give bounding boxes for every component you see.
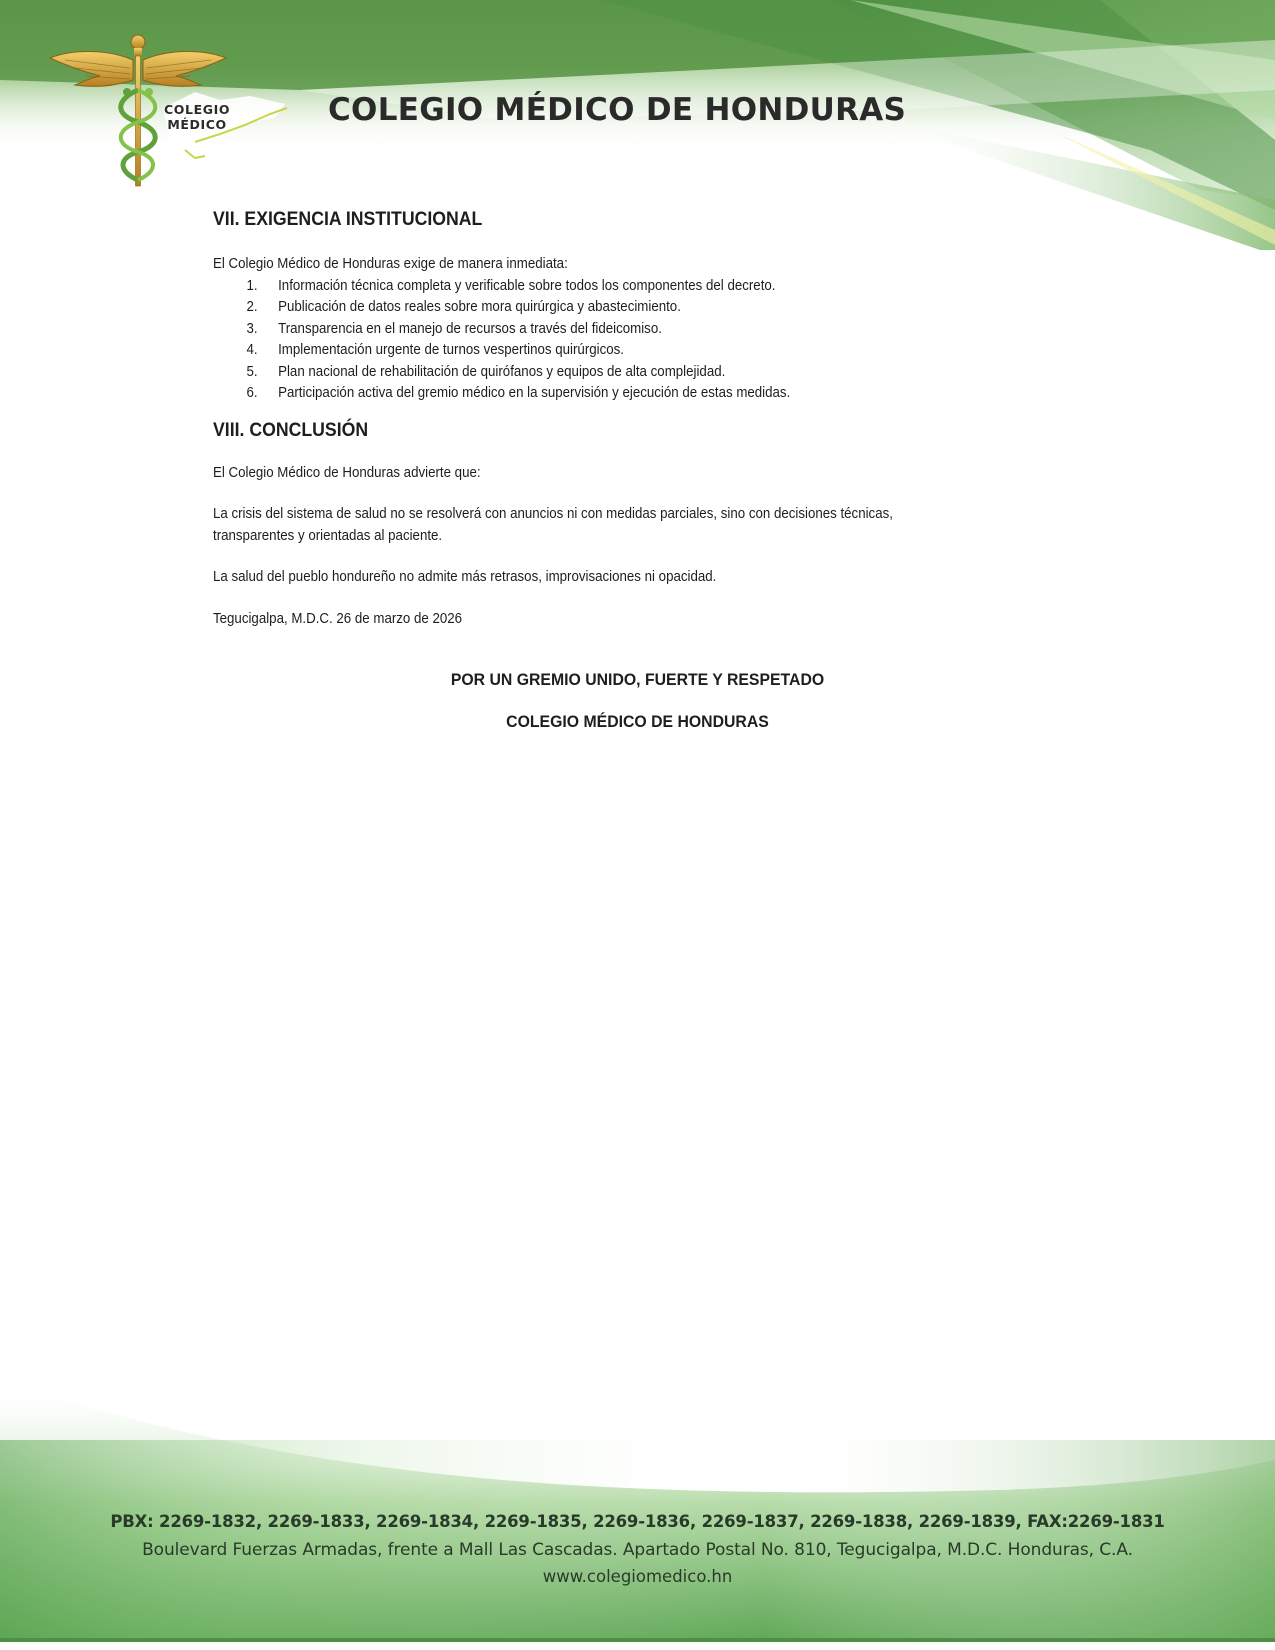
footer-address: Boulevard Fuerzas Armadas, frente a Mall… bbox=[0, 1540, 1275, 1560]
footer-website-link[interactable]: www.colegiomedico.hn bbox=[0, 1567, 1275, 1586]
list-item: 2.Publicación de datos reales sobre mora… bbox=[213, 297, 1013, 319]
section-7-intro: El Colegio Médico de Honduras exige de m… bbox=[213, 254, 1013, 276]
list-item: 3.Transparencia en el manejo de recursos… bbox=[213, 319, 1013, 341]
list-item: 5.Plan nacional de rehabilitación de qui… bbox=[213, 362, 1013, 384]
closing-motto: POR UN GREMIO UNIDO, FUERTE Y RESPETADO bbox=[45, 670, 1231, 690]
closing-signature: COLEGIO MÉDICO DE HONDURAS bbox=[45, 712, 1231, 732]
conclusion-paragraph-1: La crisis del sistema de salud no se res… bbox=[213, 504, 1013, 547]
list-item: 4.Implementación urgente de turnos vespe… bbox=[213, 340, 1013, 362]
list-item: 6.Participación activa del gremio médico… bbox=[213, 383, 1013, 405]
footer-phones: PBX: 2269-1832, 2269-1833, 2269-1834, 22… bbox=[0, 1512, 1275, 1531]
section-8-intro: El Colegio Médico de Honduras advierte q… bbox=[213, 463, 1013, 485]
organization-title: COLEGIO MÉDICO DE HONDURAS bbox=[328, 92, 906, 128]
list-item: 1.Información técnica completa y verific… bbox=[213, 276, 1013, 298]
logo-line-2: MÉDICO bbox=[164, 117, 230, 132]
document-body: VII. EXIGENCIA INSTITUCIONAL El Colegio … bbox=[213, 208, 1013, 630]
demands-list: 1.Información técnica completa y verific… bbox=[213, 276, 1013, 405]
logo-text: COLEGIO MÉDICO bbox=[164, 102, 230, 132]
section-7-title: VII. EXIGENCIA INSTITUCIONAL bbox=[213, 208, 1013, 232]
conclusion-paragraph-2: La salud del pueblo hondureño no admite … bbox=[213, 567, 1013, 589]
logo-line-1: COLEGIO bbox=[164, 102, 230, 117]
date-line: Tegucigalpa, M.D.C. 26 de marzo de 2026 bbox=[213, 609, 1013, 631]
section-8-title: VIII. CONCLUSIÓN bbox=[213, 419, 1013, 443]
